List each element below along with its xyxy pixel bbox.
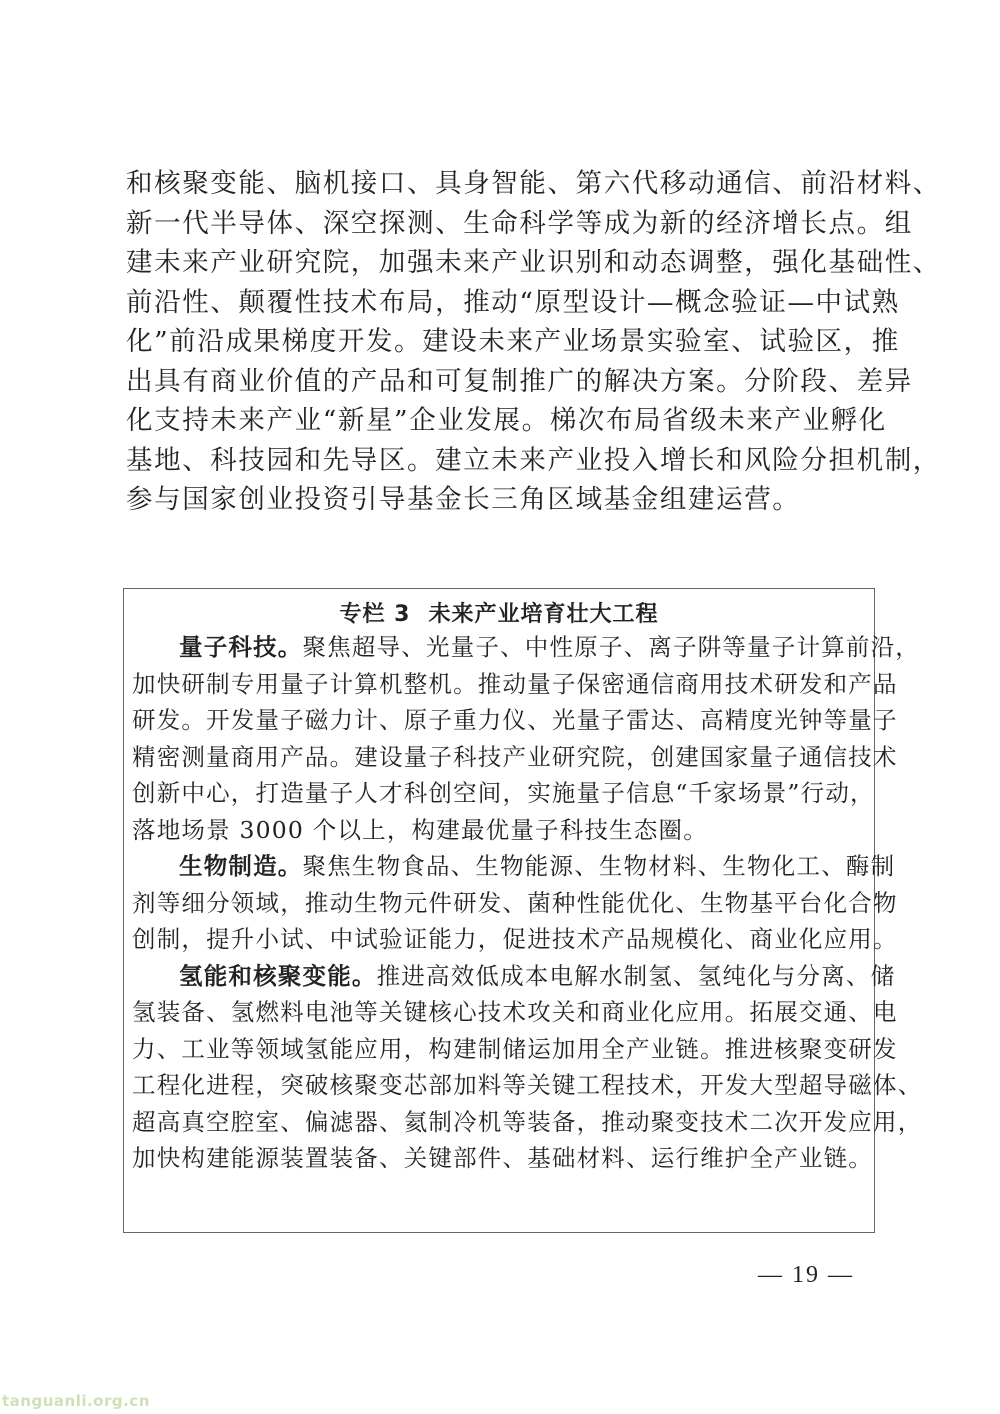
text-line: 精密测量商用产品。建设量子科技产业研究院，创建国家量子通信技术 xyxy=(132,739,868,776)
box-title-text: 未来产业培育壮大工程 xyxy=(428,602,658,627)
text-line: 工程化进程，突破核聚变芯部加料等关键工程技术，开发大型超导磁体、 xyxy=(132,1067,868,1104)
text-line: 基地、科技园和先导区。建立未来产业投入增长和风险分担机制， xyxy=(126,441,878,481)
page-number: — 19 — xyxy=(758,1262,854,1289)
text-line: 氢装备、氢燃料电池等关键核心技术攻关和商业化应用。拓展交通、电 xyxy=(132,994,868,1031)
text-line: 力、工业等领域氢能应用，构建制储运加用全产业链。推进核聚变研发 xyxy=(132,1031,868,1068)
text-line: 参与国家创业投资引导基金长三角区域基金组建运营。 xyxy=(126,480,878,520)
text-line: 超高真空腔室、偏滤器、氦制冷机等装备，推动聚变技术二次开发应用， xyxy=(132,1104,868,1141)
text-line: 研发。开发量子磁力计、原子重力仪、光量子雷达、高精度光钟等量子 xyxy=(132,702,868,739)
text-line: 前沿性、颠覆性技术布局，推动“原型设计—概念验证—中试熟 xyxy=(126,283,878,323)
section-quantum-first-line: 量子科技。聚焦超导、光量子、中性原子、离子阱等量子计算前沿， xyxy=(132,629,868,666)
text-line: 和核聚变能、脑机接口、具身智能、第六代移动通信、前沿材料、 xyxy=(126,164,878,204)
body-paragraph: 和核聚变能、脑机接口、具身智能、第六代移动通信、前沿材料、 新一代半导体、深空探… xyxy=(126,164,878,520)
section-heading-hydrogen-fusion: 氢能和核聚变能。 xyxy=(179,962,377,990)
text-line: 加快研制专用量子计算机整机。推动量子保密通信商用技术研发和产品 xyxy=(132,666,868,703)
box-title: 专栏 3未来产业培育壮大工程 xyxy=(124,597,874,628)
section-heading-quantum: 量子科技。 xyxy=(179,633,303,661)
text-line: 化”前沿成果梯度开发。建设未来产业场景实验室、试验区，推 xyxy=(126,322,878,362)
box-body: 量子科技。聚焦超导、光量子、中性原子、离子阱等量子计算前沿， 加快研制专用量子计… xyxy=(132,629,868,1177)
section-text: 聚焦生物食品、生物能源、生物材料、生物化工、酶制 xyxy=(303,852,896,880)
text-line: 化支持未来产业“新星”企业发展。梯次布局省级未来产业孵化 xyxy=(126,401,878,441)
text-line: 加快构建能源装置装备、关键部件、基础材料、运行维护全产业链。 xyxy=(132,1140,868,1177)
watermark: tanguanli.org.cn xyxy=(2,1392,150,1410)
text-line: 出具有商业价值的产品和可复制推广的解决方案。分阶段、差异 xyxy=(126,362,878,402)
text-line: 落地场景 3000 个以上，构建最优量子科技生态圈。 xyxy=(132,812,868,849)
text-line: 剂等细分领域，推动生物元件研发、菌种性能优化、生物基平台化合物 xyxy=(132,885,868,922)
sidebar-box-column-3: 专栏 3未来产业培育壮大工程 量子科技。聚焦超导、光量子、中性原子、离子阱等量子… xyxy=(123,588,875,1233)
text-line: 建未来产业研究院，加强未来产业识别和动态调整，强化基础性、 xyxy=(126,243,878,283)
section-text: 聚焦超导、光量子、中性原子、离子阱等量子计算前沿， xyxy=(303,633,921,661)
text-line: 创新中心，打造量子人才科创空间，实施量子信息“千家场景”行动， xyxy=(132,775,868,812)
section-heading-biomanufacturing: 生物制造。 xyxy=(179,852,303,880)
section-text: 推进高效低成本电解水制氢、氢纯化与分离、储 xyxy=(377,962,896,990)
text-line: 新一代半导体、深空探测、生命科学等成为新的经济增长点。组 xyxy=(126,204,878,244)
section-hydrogen-fusion-first-line: 氢能和核聚变能。推进高效低成本电解水制氢、氢纯化与分离、储 xyxy=(132,958,868,995)
box-title-number: 专栏 3 xyxy=(340,602,411,627)
text-line: 创制，提升小试、中试验证能力，促进技术产品规模化、商业化应用。 xyxy=(132,921,868,958)
section-biomanufacturing-first-line: 生物制造。聚焦生物食品、生物能源、生物材料、生物化工、酶制 xyxy=(132,848,868,885)
